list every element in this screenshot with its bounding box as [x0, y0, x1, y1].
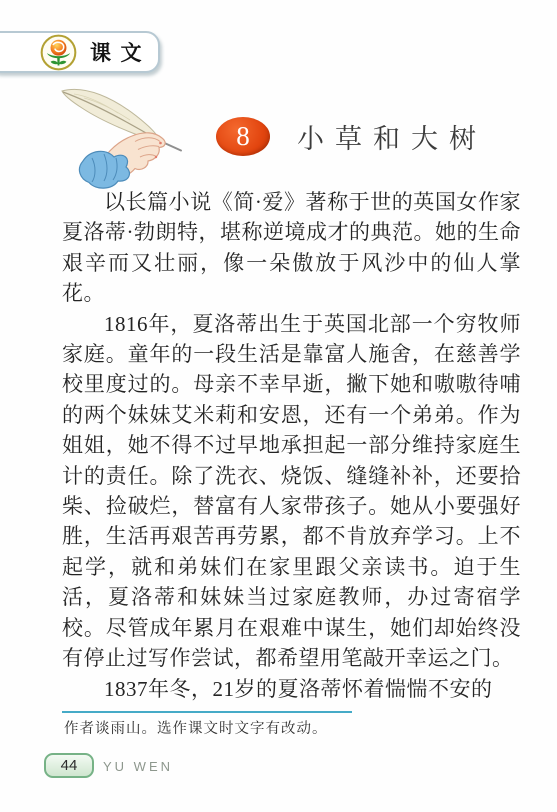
- lesson-title: 小草和大树: [297, 117, 487, 156]
- flower-emblem-icon: [40, 34, 77, 71]
- subject-label: YU WEN: [103, 759, 173, 778]
- footnote-text: 作者谈雨山。选作课文时文字有改动。: [64, 717, 328, 738]
- page-number-badge: 44: [44, 753, 94, 778]
- lesson-number: 8: [236, 123, 250, 150]
- textbook-page: 课文 8 小草和大树 以长篇小说《简·爱》著称于世的英国女作家夏洛蒂·勃朗特，堪…: [0, 0, 557, 812]
- paragraph-3: 1837年冬，21岁的夏洛蒂怀着惴惴不安的: [62, 674, 521, 704]
- lesson-header: 8 小草和大树: [216, 117, 487, 156]
- section-tab: 课文: [0, 31, 160, 73]
- paragraph-2: 1816年，夏洛蒂出生于英国北部一个穷牧师家庭。童年的一段生活是靠富人施舍，在慈…: [62, 309, 521, 674]
- lesson-body: 以长篇小说《简·爱》著称于世的英国女作家夏洛蒂·勃朗特，堪称逆境成才的典范。她的…: [62, 187, 521, 704]
- footnote-divider: [62, 711, 352, 713]
- section-tab-label: 课文: [90, 37, 151, 67]
- paragraph-1: 以长篇小说《简·爱》著称于世的英国女作家夏洛蒂·勃朗特，堪称逆境成才的典范。她的…: [62, 187, 521, 309]
- page-footer: 44 YU WEN: [44, 753, 173, 778]
- lesson-number-badge: 8: [216, 117, 270, 156]
- hand-with-quill-illustration: [56, 84, 216, 196]
